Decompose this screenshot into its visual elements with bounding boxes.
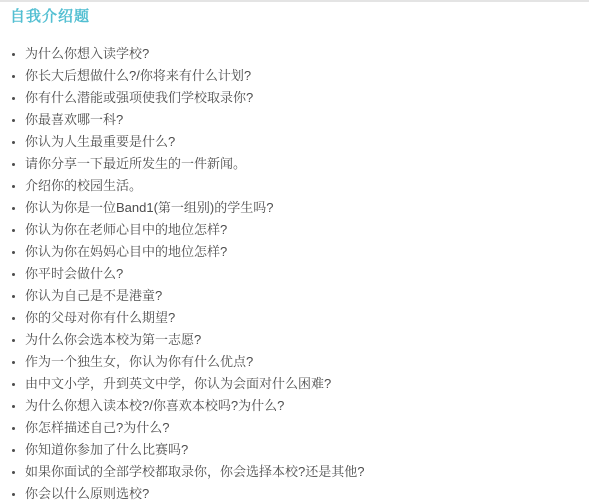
list-item: 你怎样描述自己?为什么? bbox=[25, 417, 589, 439]
list-item: 你的父母对你有什么期望? bbox=[25, 307, 589, 329]
list-item: 你认为自己是不是港童? bbox=[25, 285, 589, 307]
list-item: 为什么你会选本校为第一志愿? bbox=[25, 329, 589, 351]
list-item: 如果你面试的全部学校都取录你，你会选择本校?还是其他? bbox=[25, 461, 589, 483]
list-item: 你有什么潜能或强项使我们学校取录你? bbox=[25, 87, 589, 109]
question-list: 为什么你想入读学校?你长大后想做什么?/你将来有什么计划?你有什么潜能或强项使我… bbox=[0, 43, 589, 500]
list-item: 你认为人生最重要是什么? bbox=[25, 131, 589, 153]
section-heading: 自我介绍题 bbox=[10, 8, 589, 25]
list-item: 你认为你是一位Band1(第一组别)的学生吗? bbox=[25, 197, 589, 219]
list-item: 请你分享一下最近所发生的一件新闻。 bbox=[25, 153, 589, 175]
list-item: 你知道你参加了什么比赛吗? bbox=[25, 439, 589, 461]
list-item: 介绍你的校园生活。 bbox=[25, 175, 589, 197]
article-page: 自我介绍题 为什么你想入读学校?你长大后想做什么?/你将来有什么计划?你有什么潜… bbox=[0, 0, 589, 500]
list-item: 你认为你在妈妈心目中的地位怎样? bbox=[25, 241, 589, 263]
list-item: 作为一个独生女，你认为你有什么优点? bbox=[25, 351, 589, 373]
list-item: 你会以什么原则选校? bbox=[25, 483, 589, 500]
list-item: 为什么你想入读学校? bbox=[25, 43, 589, 65]
list-item: 你长大后想做什么?/你将来有什么计划? bbox=[25, 65, 589, 87]
list-item: 为什么你想入读本校?/你喜欢本校吗?为什么? bbox=[25, 395, 589, 417]
page-top-divider bbox=[0, 0, 589, 2]
list-item: 由中文小学，升到英文中学，你认为会面对什么困难? bbox=[25, 373, 589, 395]
list-item: 你最喜欢哪一科? bbox=[25, 109, 589, 131]
list-item: 你认为你在老师心目中的地位怎样? bbox=[25, 219, 589, 241]
list-item: 你平时会做什么? bbox=[25, 263, 589, 285]
